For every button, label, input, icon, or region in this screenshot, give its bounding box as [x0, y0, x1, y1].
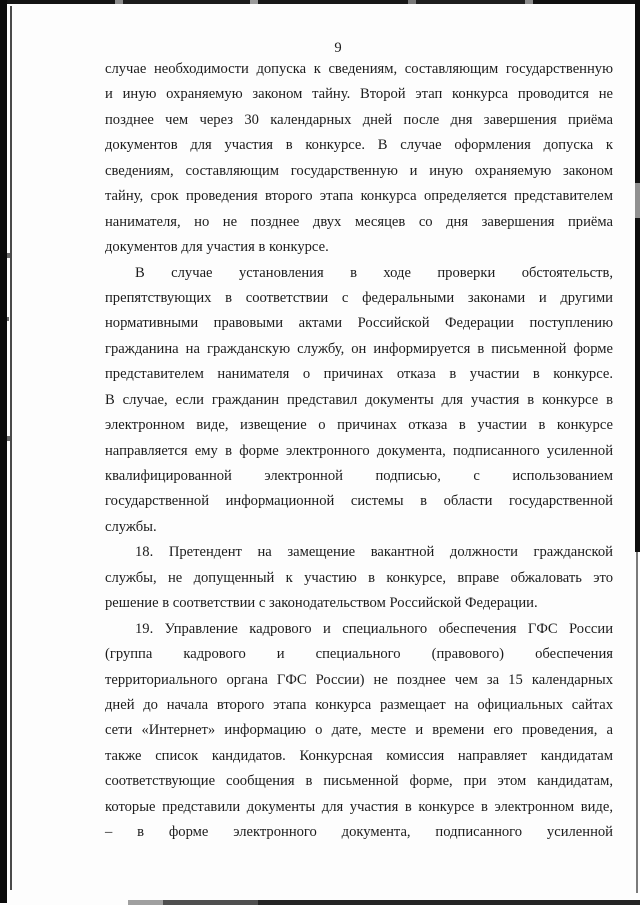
text-line: препятствующих в соответствии с федераль… — [105, 286, 613, 311]
text-line: службы, не допущенный к участию в конкур… — [105, 566, 613, 591]
text-line: нормативными правовыми актами Российской… — [105, 311, 613, 336]
text-line: – в форме электронного документа, подпис… — [105, 820, 613, 845]
text-line: территориального органа ГФС России) не п… — [105, 668, 613, 693]
page-border-left — [10, 6, 12, 890]
text-line: направляется ему в форме электронного до… — [105, 439, 613, 464]
text-line: 19. Управление кадрового и специального … — [105, 617, 613, 642]
scan-speck — [7, 436, 10, 441]
scan-speck — [7, 253, 10, 258]
text-line: сети «Интернет» информацию о дате, месте… — [105, 718, 613, 743]
text-line: сведениям, составляющим государственную … — [105, 159, 613, 184]
scan-edge-top — [0, 0, 640, 4]
text-line: квалифицированной электронной подписью, … — [105, 464, 613, 489]
text-line: документов для участия в конкурсе. — [105, 235, 613, 260]
text-line: решение в соответствии с законодательств… — [105, 591, 613, 616]
scan-edge-right-lower — [636, 552, 638, 893]
scan-speck — [7, 317, 9, 321]
text-line: тайну, срок проведения второго этапа кон… — [105, 184, 613, 209]
text-line: нанимателя, но не позднее двух месяцев с… — [105, 210, 613, 235]
text-line: 18. Претендент на замещение вакантной до… — [105, 540, 613, 565]
text-line: представителем нанимателя о причинах отк… — [105, 362, 613, 387]
text-line: также список кандидатов. Конкурсная коми… — [105, 744, 613, 769]
text-line: В случае установления в ходе проверки об… — [105, 261, 613, 286]
scan-edge-right-upper — [635, 0, 640, 552]
text-line: документов для участия в конкурсе. В слу… — [105, 133, 613, 158]
text-line: (группа кадрового и специального (правов… — [105, 642, 613, 667]
text-line: позднее чем через 30 календарных дней по… — [105, 108, 613, 133]
text-line: государственной информационной системы в… — [105, 489, 613, 514]
text-line: случае необходимости допуска к сведениям… — [105, 57, 613, 82]
text-line: которые представили документы для участи… — [105, 795, 613, 820]
text-line: и иную охраняемую законом тайну. Второй … — [105, 82, 613, 107]
text-line: службы. — [105, 515, 613, 540]
text-line: электронном виде, извещение о причинах о… — [105, 413, 613, 438]
text-line: соответствующие сообщения в письменной ф… — [105, 769, 613, 794]
scan-edge-left — [0, 0, 7, 903]
text-block: случае необходимости допуска к сведениям… — [105, 57, 613, 846]
text-line: гражданина на гражданскую службу, он инф… — [105, 337, 613, 362]
text-line: В случае, если гражданин представил доку… — [105, 388, 613, 413]
scan-edge-bottom — [128, 900, 640, 905]
document-page: 9 случае необходимости допуска к сведени… — [0, 0, 640, 905]
text-line: дней до начала второго этапа конкурса ра… — [105, 693, 613, 718]
